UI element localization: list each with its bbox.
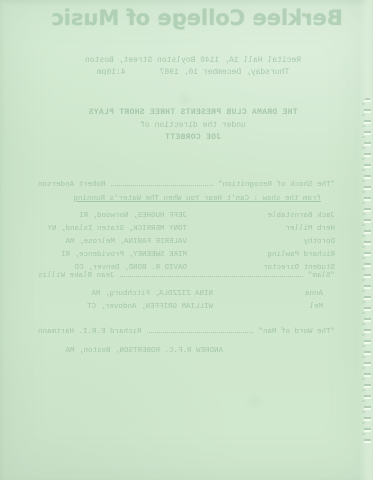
play-section-1: "The Shock of Recognition" Robert Anders… xyxy=(38,178,335,275)
cast-performer: VALERIE FARINA, Melrose, MA xyxy=(38,236,187,249)
cast-role: Herb Miller xyxy=(187,223,335,236)
cast-row: Mel WILLIAM GRIFFEN, Andover, CT xyxy=(38,301,335,314)
play-section-2: "Slam" Jean Blake Willis Anna NINA ZIZZO… xyxy=(38,269,335,314)
play-section-3: "The Word of Man" Richard E.R.I. Hartman… xyxy=(38,325,335,358)
play-title: "Slam" xyxy=(308,270,335,283)
play-author: Richard E.R.I. Hartmann xyxy=(38,326,142,339)
event-details: Recital Hall 1A, 1140 Boylston Street, B… xyxy=(13,55,373,79)
cast-row: Jack Barnstable JEFF HUGHES, Norwood, RI xyxy=(38,210,335,223)
scanned-program-page: Berklee College of Music Recital Hall 1A… xyxy=(0,0,373,480)
cast-role: Richard Pawling xyxy=(187,249,335,262)
direction-line: under the direction of xyxy=(13,120,373,133)
play-author: Robert Anderson xyxy=(38,179,106,192)
dot-leader xyxy=(120,269,303,277)
play-title-row: "The Word of Man" Richard E.R.I. Hartman… xyxy=(38,325,335,339)
dot-leader xyxy=(147,325,254,333)
director-name: JOE CORBETT xyxy=(13,132,373,145)
play-author: Jean Blake Willis xyxy=(38,270,115,283)
perforation-edge xyxy=(364,98,371,450)
college-logo-text: Berklee College of Music xyxy=(21,6,373,30)
cast-row: Richard Pawling MIKE SWEENEY, Providence… xyxy=(38,249,335,262)
cast-row: Herb Miller TONY MERRICK, Staten Island,… xyxy=(38,223,335,236)
paper-smudge xyxy=(180,95,190,103)
date-time-line: Thursday, December 10, 19874:10pm xyxy=(13,67,373,79)
presents-line: THE DRAMA CLUB PRESENTS THREE SHORT PLAY… xyxy=(13,107,373,120)
venue-line: Recital Hall 1A, 1140 Boylston Street, B… xyxy=(13,55,373,67)
play-title: "The Shock of Recognition" xyxy=(218,179,335,192)
cast-performer: MIKE SWEENEY, Providence, RI xyxy=(38,249,187,262)
cast-row: Dorothy VALERIE FARINA, Melrose, MA xyxy=(38,236,335,249)
perforation-shadow-dots xyxy=(362,103,365,443)
cast-performer: ANDREW R.F.C. ROBERTSON, Boston, MA xyxy=(38,345,223,358)
cast-performer: JEFF HUGHES, Norwood, RI xyxy=(38,210,187,223)
cast-role: Jack Barnstable xyxy=(187,210,335,223)
cast-row: Anna NINA ZIZZOLA, Fitchburg, MA xyxy=(38,288,335,301)
source-show-line: from the show : Can't Hear You When The … xyxy=(38,193,321,206)
cast-role: Mel xyxy=(213,301,323,314)
cast-role: Anna xyxy=(213,288,323,301)
cast-row: ANDREW R.F.C. ROBERTSON, Boston, MA xyxy=(38,345,335,358)
time-text: 4:10pm xyxy=(97,68,126,77)
paper-smudge xyxy=(150,252,158,258)
bleed-through-text-layer: Berklee College of Music Recital Hall 1A… xyxy=(0,0,373,480)
play-title: "The Word of Man" xyxy=(258,326,335,339)
cast-performer: WILLIAM GRIFFEN, Andover, CT xyxy=(38,301,213,314)
play-title-row: "Slam" Jean Blake Willis xyxy=(38,269,335,283)
program-heading: THE DRAMA CLUB PRESENTS THREE SHORT PLAY… xyxy=(13,107,373,145)
cast-performer: NINA ZIZZOLA, Fitchburg, MA xyxy=(38,288,213,301)
cast-role xyxy=(223,345,335,358)
dot-leader xyxy=(111,178,213,186)
cast-role: Dorothy xyxy=(187,236,335,249)
play-title-row: "The Shock of Recognition" Robert Anders… xyxy=(38,178,335,192)
date-text: Thursday, December 10, 1987 xyxy=(160,68,290,77)
cast-performer: TONY MERRICK, Staten Island, NY xyxy=(38,223,187,236)
paper-smudge xyxy=(250,398,259,405)
